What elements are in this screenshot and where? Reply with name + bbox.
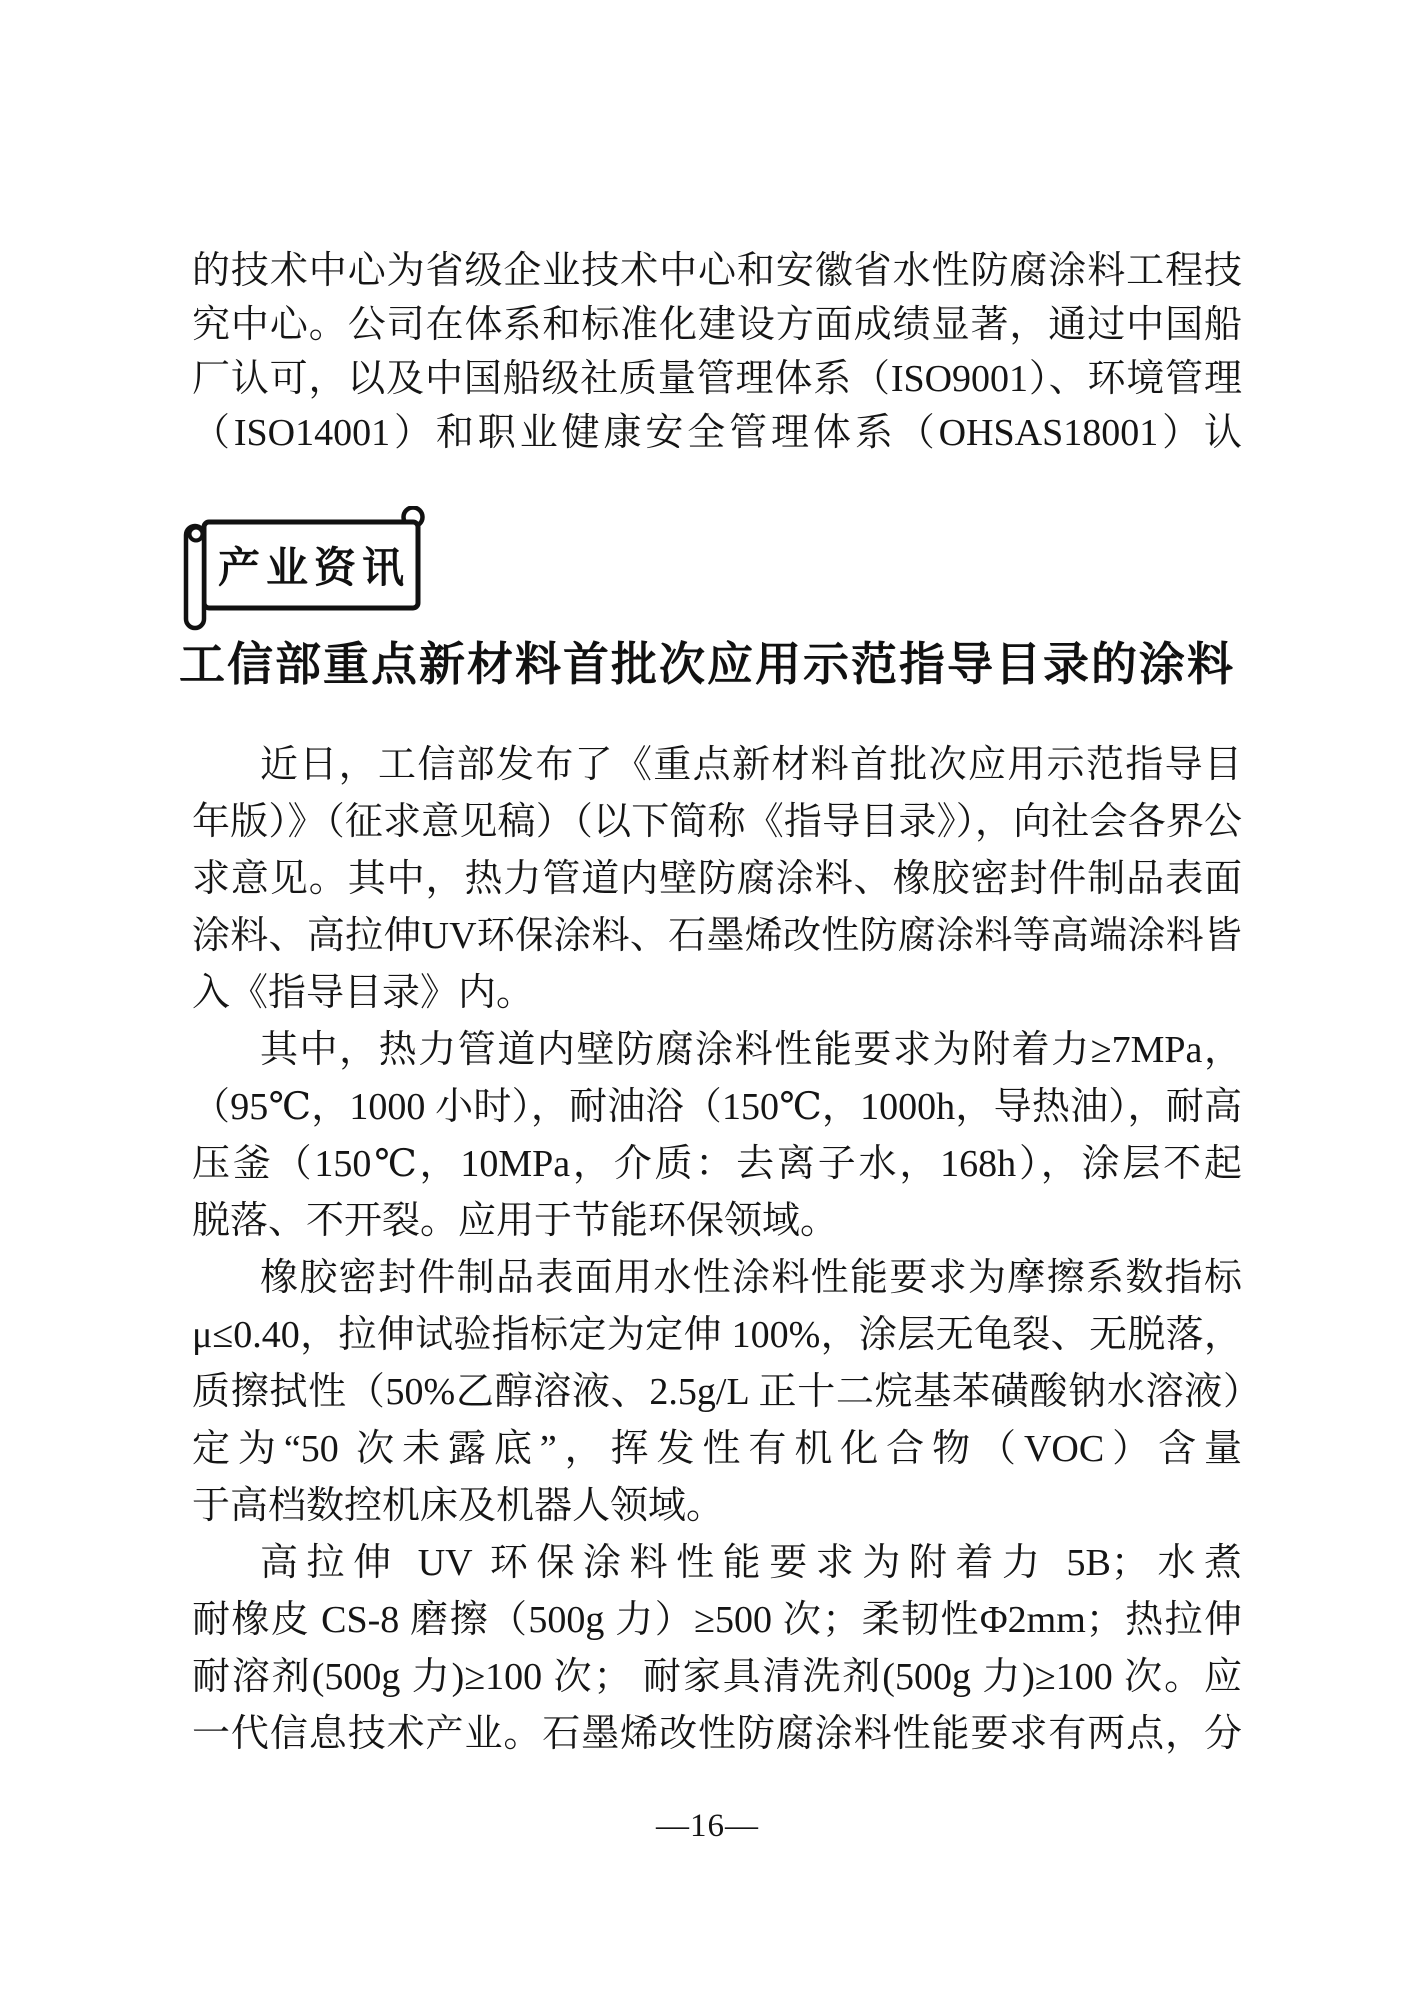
text-line: 橡胶密封件制品表面用水性涂料性能要求为摩擦系数指标定为 [192, 1250, 1242, 1307]
text-line: 一代信息技术产业。石墨烯改性防腐涂料性能要求有两点，分别是油 [192, 1706, 1242, 1763]
paragraph-3: 橡胶密封件制品表面用水性涂料性能要求为摩擦系数指标定为μ≤0.40，拉伸试验指标… [192, 1250, 1242, 1535]
text-line: 脱落、不开裂。应用于节能环保领域。 [192, 1193, 1242, 1250]
text-line: 其中，热力管道内壁防腐涂料性能要求为附着力≥7MPa，耐水煮 [192, 1022, 1242, 1079]
text-line: 厂认可，以及中国船级社质量管理体系（ISO9001）、环境管理体系 [192, 352, 1242, 406]
paragraph-2: 其中，热力管道内壁防腐涂料性能要求为附着力≥7MPa，耐水煮（95℃，1000 … [192, 1022, 1242, 1250]
text-line: 高拉伸 UV 环保涂料性能要求为附着力 5B；水煮 30min/100℃； [192, 1535, 1242, 1592]
section-banner-label: 产业资讯 [204, 522, 418, 608]
text-line: 压釜（150℃，10MPa，介质：去离子水，168h），涂层不起泡、不 [192, 1136, 1242, 1193]
text-line: 涂料、高拉伸UV环保涂料、石墨烯改性防腐涂料等高端涂料皆被列 [192, 908, 1242, 965]
text-line: 入《指导目录》内。 [192, 965, 1242, 1022]
text-line: 定为“50 次未露底”，挥发性有机化合物（VOC）含量≤200g/L。应用 [192, 1421, 1242, 1478]
document-page: 的技术中心为省级企业技术中心和安徽省水性防腐涂料工程技术研究中心。公司在体系和标… [0, 0, 1415, 2000]
text-line: μ≤0.40，拉伸试验指标定为定伸 100%，涂层无龟裂、无脱落，耐介 [192, 1307, 1242, 1364]
page-number: —16— [0, 1806, 1415, 1846]
text-line: 耐溶剂(500g 力)≥100 次； 耐家具清洗剂(500g 力)≥100 次。… [192, 1649, 1242, 1706]
article-body: 近日，工信部发布了《重点新材料首批次应用示范指导目录（2021年版）》（征求意见… [192, 737, 1242, 1763]
text-line: 质擦拭性（50%乙醇溶液、2.5g/L 正十二烷基苯磺酸钠水溶液）指标 [192, 1364, 1242, 1421]
text-line: 于高档数控机床及机器人领域。 [192, 1478, 1242, 1535]
intro-paragraph: 的技术中心为省级企业技术中心和安徽省水性防腐涂料工程技术研究中心。公司在体系和标… [192, 244, 1242, 460]
article-title: 工信部重点新材料首批次应用示范指导目录的涂料 [142, 635, 1272, 695]
text-line: 近日，工信部发布了《重点新材料首批次应用示范指导目录（2021 [192, 737, 1242, 794]
paragraph-1: 近日，工信部发布了《重点新材料首批次应用示范指导目录（2021年版）》（征求意见… [192, 737, 1242, 1022]
text-line: （ISO14001）和职业健康安全管理体系（OHSAS18001）认证。 [192, 406, 1242, 460]
text-line: 究中心。公司在体系和标准化建设方面成绩显著，通过中国船级社工 [192, 298, 1242, 352]
text-line: 耐橡皮 CS-8 磨擦（500g 力）≥500 次；柔韧性Φ2mm；热拉伸性能≥… [192, 1592, 1242, 1649]
text-line: 年版）》（征求意见稿）（以下简称《指导目录》），向社会各界公开征 [192, 794, 1242, 851]
text-line: 求意见。其中，热力管道内壁防腐涂料、橡胶密封件制品表面用水性 [192, 851, 1242, 908]
paragraph-4: 高拉伸 UV 环保涂料性能要求为附着力 5B；水煮 30min/100℃；耐橡皮… [192, 1535, 1242, 1763]
text-line: （95℃，1000 小时），耐油浴（150℃，1000h，导热油），耐高温高 [192, 1079, 1242, 1136]
text-line: 的技术中心为省级企业技术中心和安徽省水性防腐涂料工程技术研 [192, 244, 1242, 298]
section-banner: 产业资讯 [183, 506, 428, 638]
